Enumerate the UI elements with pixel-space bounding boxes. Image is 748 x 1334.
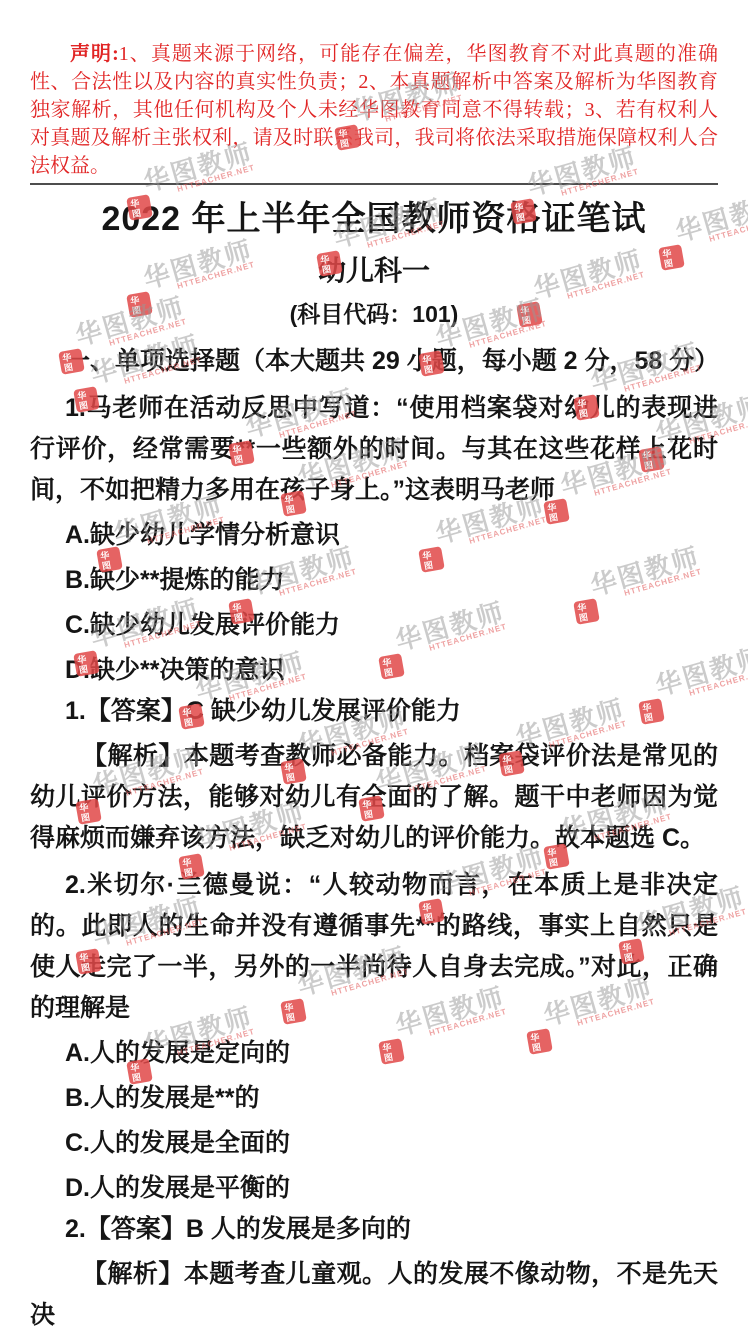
question-stem: 2.米切尔·兰德曼说：“人较动物而言，在本质上是非决定的。此即人的生命并没有遵循… — [30, 865, 718, 1029]
divider-line — [30, 183, 718, 185]
analysis-text: 【解析】本题考查儿童观。人的发展不像动物，不是先天决 — [30, 1254, 718, 1334]
answer-line: 1.【答案】C 缺少幼儿发展评价能力 — [30, 691, 718, 732]
option-c: C.缺少幼儿发展评价能力 — [65, 605, 718, 646]
option-a: A.人的发展是定向的 — [65, 1033, 718, 1074]
analysis-text: 【解析】本题考查教师必备能力。档案袋评价法是常见的幼儿评价方法，能够对幼儿有全面… — [30, 736, 718, 859]
option-b: B.人的发展是**的 — [65, 1078, 718, 1119]
question-block-2: 2.米切尔·兰德曼说：“人较动物而言，在本质上是非决定的。此即人的生命并没有遵循… — [30, 865, 718, 1334]
subject-code: (科目代码：101) — [30, 300, 718, 329]
answer-line: 2.【答案】B 人的发展是多向的 — [30, 1209, 718, 1250]
exam-paper-page: 华图华图教师HTTEACHER.NET华图华图教师HTTEACHER.NET华图… — [0, 0, 748, 1334]
disclaimer-text: 1、真题来源于网络，可能存在偏差，华图教育不对此真题的准确性、合法性以及内容的真… — [30, 43, 718, 177]
section-heading: 一、单项选择题（本大题共 29 小题，每小题 2 分，58 分） — [30, 341, 718, 382]
option-d: D.缺少**决策的意识 — [65, 650, 718, 691]
exam-content: 声明:1、真题来源于网络，可能存在偏差，华图教育不对此真题的准确性、合法性以及内… — [0, 0, 748, 1334]
question-block-1: 1.马老师在活动反思中写道：“使用档案袋对幼儿的表现进行评价，经常需要**一些额… — [30, 388, 718, 859]
option-d: D.人的发展是平衡的 — [65, 1168, 718, 1209]
option-c: C.人的发展是全面的 — [65, 1123, 718, 1164]
option-b: B.缺少**提炼的能力 — [65, 560, 718, 601]
page-title: 2022 年上半年全国教师资格证笔试 — [30, 199, 718, 240]
page-subtitle: 幼儿科一 — [30, 254, 718, 288]
disclaimer: 声明:1、真题来源于网络，可能存在偏差，华图教育不对此真题的准确性、合法性以及内… — [30, 40, 718, 180]
option-a: A.缺少幼儿学情分析意识 — [65, 515, 718, 556]
question-stem: 1.马老师在活动反思中写道：“使用档案袋对幼儿的表现进行评价，经常需要**一些额… — [30, 388, 718, 511]
disclaimer-label: 声明: — [70, 43, 119, 65]
